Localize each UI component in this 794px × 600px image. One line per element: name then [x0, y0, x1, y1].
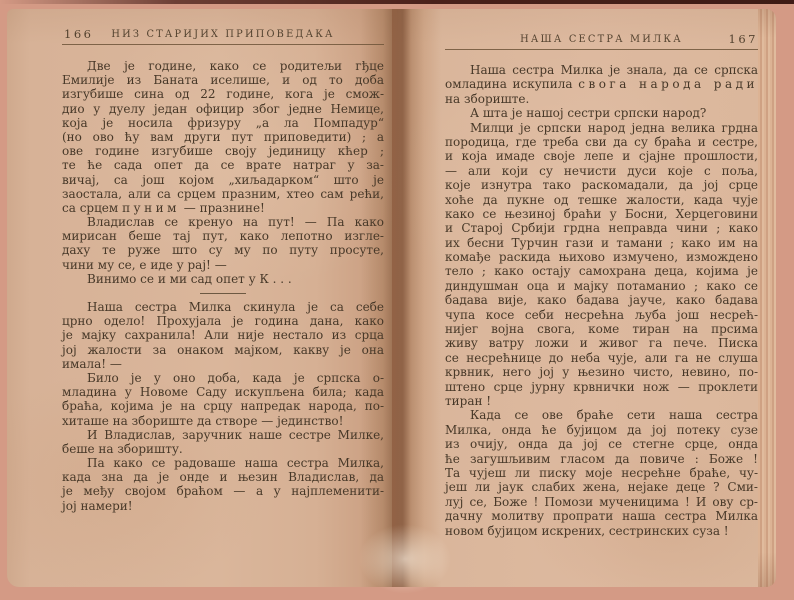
- text-line: И Владислав, заручник наше сестре Милке,: [62, 428, 384, 442]
- text-line: се несрећнице до неба чује, али га не сл…: [445, 351, 758, 365]
- text-line: које изнутра тако раскомадали, да јој ср…: [445, 178, 758, 192]
- text-line: Милка, онда ће бујицом да јој потеку суз…: [445, 423, 758, 437]
- right-page-text: НАША СЕСТРА МИЛКА 167 Наша сестра Милка …: [445, 30, 758, 538]
- text-line: Винимо се и ми сад опет у К . . .: [62, 272, 384, 286]
- book-spread: 166 НИЗ СТАРИЈИХ ПРИПОВЕДАКА Две је годи…: [7, 9, 776, 587]
- section-divider: [62, 286, 384, 300]
- text-line: изгубише сина од 22 године, кога је смож…: [62, 87, 384, 101]
- text-line: штено срце јурну крвнички нож — проклети: [445, 380, 758, 394]
- text-line: ће загушљивим гласом да повиче : Боже !: [445, 452, 758, 466]
- text-line: је међу својом браћом — а у најплеменити…: [62, 484, 384, 498]
- text-line: када зна да је онде и њезин Владислав, д…: [62, 470, 384, 484]
- text-line: диндушман оца и мајку потаманио ; како с…: [445, 279, 758, 293]
- text-line: омладина искупила свога народа ради: [445, 77, 758, 91]
- text-line: јеш ли јаук слабих жена, нејаке деце ? С…: [445, 480, 758, 494]
- photo-top-edge: [0, 0, 794, 4]
- left-page-text: 166 НИЗ СТАРИЈИХ ПРИПОВЕДАКА Две је годи…: [62, 25, 384, 513]
- text-line: заостала, али са срцем празним, хтео сам…: [62, 187, 384, 201]
- text-line: Наша сестра Милка скинула је са себе: [62, 300, 384, 314]
- text-line: Милци је српски народ једна велика грдна: [445, 121, 758, 135]
- text-line: Та чујеш ли писку моје несрећне браће, ч…: [445, 466, 758, 480]
- text-line: и Старој Србији грдна неправда чини ; ка…: [445, 221, 758, 235]
- text-line: породица, где треба сви да су браћа и се…: [445, 135, 758, 149]
- page-edge-highlight: [357, 523, 453, 595]
- text-line: их бесни Турчин гази и тамани ; како им …: [445, 236, 758, 250]
- text-line: дио у дуелу један официр због једне Неми…: [62, 102, 384, 116]
- text-line: браћа, којима је на срцу напредак народа…: [62, 399, 384, 413]
- page-fore-edge: [758, 9, 776, 587]
- text-line: (но ово ћу вам други пут приповедити) ; …: [62, 130, 384, 144]
- text-line: црно одело! Прохујала је година дана, ка…: [62, 314, 384, 328]
- text-line: нијег војна свога, коме тиран на прсима: [445, 322, 758, 336]
- text-line: имала! —: [62, 357, 384, 371]
- text-line: бадава вије, како бадава јауче, како бад…: [445, 293, 758, 307]
- right-page-header: НАША СЕСТРА МИЛКА 167: [445, 30, 758, 50]
- text-line: — али који су нечисти дуси које с поља,: [445, 164, 758, 178]
- running-title: НИЗ СТАРИЈИХ ПРИПОВЕДАКА: [111, 29, 334, 40]
- text-line: вичај, са још којом „хиљадарком“ што је: [62, 173, 384, 187]
- text-line: на збориште.: [445, 92, 758, 106]
- text-line: чупа косе себи несрећна љуба још несрећ-: [445, 308, 758, 322]
- text-line: беше на зборишту.: [62, 442, 384, 456]
- page-number: 166: [64, 27, 93, 41]
- text-line: новом бујицом искрених, сестринских суза…: [445, 524, 758, 538]
- text-line: А шта је нашој сестри српски народ?: [445, 106, 758, 120]
- text-line: Емилије из Баната иселише, и од то доба: [62, 73, 384, 87]
- text-line: хиташе на збориште да створе — јединство…: [62, 414, 384, 428]
- text-line: луј се, Боже ! Помози мученицима ! И ову…: [445, 495, 758, 509]
- text-line: Владислав се кренуо на пут! — Па како: [62, 215, 384, 229]
- emphasized-text: свога народа ради: [578, 77, 758, 91]
- text-line: крвник, него јој у њезино чисто, невино,…: [445, 365, 758, 379]
- right-page-lines: Наша сестра Милка је знала, да се српска…: [445, 63, 758, 538]
- text-line: чини му се, е иде у рај! —: [62, 258, 384, 272]
- text-line: младина у Новоме Саду искупљена била; ка…: [62, 385, 384, 399]
- page-number: 167: [729, 32, 758, 46]
- running-title: НАША СЕСТРА МИЛКА: [520, 34, 683, 45]
- left-page-header: 166 НИЗ СТАРИЈИХ ПРИПОВЕДАКА: [62, 25, 384, 45]
- text-line: Наша сестра Милка је знала, да се српска: [445, 63, 758, 77]
- text-line: мирисан беше тај пут, како лепотно изгле…: [62, 229, 384, 243]
- text-line: дачну молитву пропрати наша сестра Милка: [445, 509, 758, 523]
- text-line: Када се ове браће сети наша сестра: [445, 408, 758, 422]
- text-line: Било је у оно доба, када је српска о-: [62, 371, 384, 385]
- text-line: јој намери!: [62, 499, 384, 513]
- text-line: Две је године, како се родитељи гђце: [62, 59, 384, 73]
- text-line: тело ; како остају самохрана деца, којим…: [445, 264, 758, 278]
- text-line: јој жалости за онаком мајком, какву је о…: [62, 343, 384, 357]
- text-line: је мајку сахранила! Али није нестало из …: [62, 328, 384, 342]
- text-line: из очију, онда да јој се стегне срце, он…: [445, 437, 758, 451]
- text-line: Па како се радоваше наша сестра Милка,: [62, 456, 384, 470]
- text-line: са срцем пуним — празнине!: [62, 201, 384, 215]
- text-line: даху те руже што су му по путу просуте,: [62, 243, 384, 257]
- text-line: и која имаде своје лепе и сјајне прошлос…: [445, 149, 758, 163]
- text-line: живу ватру ложи и живог га пече. Писка: [445, 336, 758, 350]
- text-line: ове године изгубише своју јединицу кћер …: [62, 144, 384, 158]
- text-line: која је носила фризуру „а ла Помпадур“: [62, 116, 384, 130]
- text-line: те ће сада опет да се врате натраг у за-: [62, 158, 384, 172]
- left-page-lines: Две је године, како се родитељи гђцеЕмил…: [62, 59, 384, 513]
- text-line: комађе раскида њихово измучено, изможден…: [445, 250, 758, 264]
- text-line: како се њезиној браћи у Босни, Херцегови…: [445, 207, 758, 221]
- text-line: хоће да пукне од тешке жалости, када чуј…: [445, 193, 758, 207]
- text-line: тиран !: [445, 394, 758, 408]
- emphasized-text: пуним: [122, 201, 180, 215]
